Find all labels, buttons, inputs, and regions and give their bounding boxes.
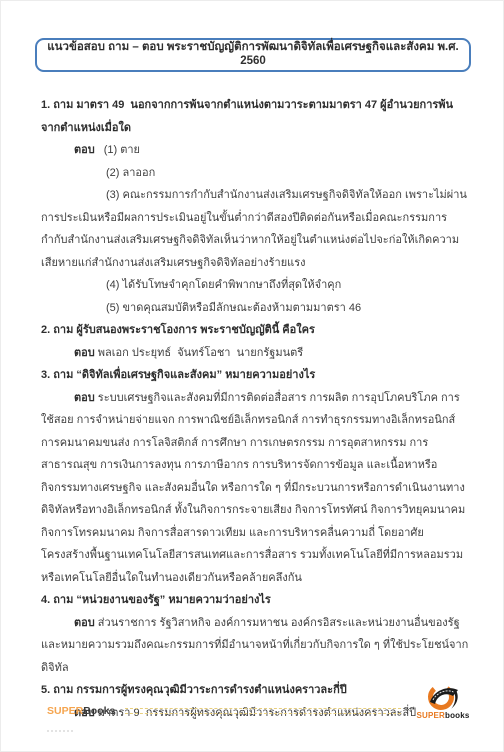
question-text: 4. ถาม “หน่วยงานของรัฐ” หมายความว่าอย่าง…: [41, 589, 469, 612]
answer-item: (2) ลาออก: [41, 162, 469, 185]
footer-brand-books: Books: [83, 705, 115, 717]
answer-item: ตอบ(1) ตาย: [41, 139, 469, 162]
document-title: แนวข้อสอบ ถาม – ตอบ พระราชบัญญัติการพัฒน…: [37, 41, 469, 69]
qa-content: 1. ถาม มาตรา 49 นอกจากการพ้นจากตำแหน่งตา…: [41, 94, 469, 724]
title-box: แนวข้อสอบ ถาม – ตอบ พระราชบัญญัติการพัฒน…: [35, 38, 471, 72]
answer-item: (3) คณะกรรมการกำกับสำนักงานส่งเสริมเศรษฐ…: [41, 184, 469, 274]
answer-item-text: (5) ขาดคุณสมบัติหรือมีลักษณะต้องห้ามตามม…: [106, 302, 361, 314]
answer-body: ระบบเศรษฐกิจและสังคมที่มีการติดต่อสื่อสา…: [41, 392, 468, 584]
publisher-logo-icon: [426, 681, 460, 711]
answer-item-text: (1) ตาย: [104, 144, 140, 156]
page-footer: SUPERBooks SUPERbooks: [47, 703, 467, 719]
answer-label: ตอบ: [74, 392, 95, 404]
answer-item: (4) ได้รับโทษจำคุกโดยคำพิพากษาถึงที่สุดใ…: [41, 274, 469, 297]
answer-text: ตอบ ส่วนราชการ รัฐวิสาหกิจ องค์การมหาชน …: [41, 612, 469, 680]
publisher-logo-books: books: [445, 711, 470, 720]
answer-text: ตอบ พลเอก ประยุทธ์ จันทร์โอชา นายกรัฐมนต…: [41, 342, 469, 365]
question-text: 2. ถาม ผู้รับสนองพระราชโองการ พระราชบัญญ…: [41, 319, 469, 342]
answer-label: ตอบ: [74, 347, 95, 359]
answer-item-text: (2) ลาออก: [106, 167, 155, 179]
publisher-logo-text: SUPERbooks: [416, 711, 469, 720]
question-text: 1. ถาม มาตรา 49 นอกจากการพ้นจากตำแหน่งตา…: [41, 94, 469, 139]
question-text: 3. ถาม “ดิจิทัลเพื่อเศรษฐกิจและสังคม” หม…: [41, 364, 469, 387]
answer-label: ตอบ: [74, 144, 95, 156]
publisher-logo: SUPERbooks: [415, 681, 471, 720]
answer-body: พลเอก ประยุทธ์ จันทร์โอชา นายกรัฐมนตรี: [98, 347, 303, 359]
answer-item: (5) ขาดคุณสมบัติหรือมีลักษณะต้องห้ามตามม…: [41, 297, 469, 320]
answer-item-text: (4) ได้รับโทษจำคุกโดยคำพิพากษาถึงที่สุดใ…: [106, 279, 341, 291]
answer-label: ตอบ: [74, 617, 95, 629]
footer-brand: SUPERBooks: [47, 705, 115, 717]
answer-item-text: (3) คณะกรรมการกำกับสำนักงานส่งเสริมเศรษฐ…: [41, 189, 467, 269]
footer-brand-super: SUPER: [47, 705, 83, 717]
document-page: แนวข้อสอบ ถาม – ตอบ พระราชบัญญัติการพัฒน…: [0, 0, 504, 752]
question-text: 5. ถาม กรรมการผู้ทรงคุณวุฒิมีวาระการดำรง…: [41, 679, 469, 702]
publisher-logo-super: SUPER: [416, 711, 445, 720]
page-artifact: [47, 730, 73, 732]
answer-body: ส่วนราชการ รัฐวิสาหกิจ องค์การมหาชน องค์…: [41, 617, 468, 674]
answer-text: ตอบ ระบบเศรษฐกิจและสังคมที่มีการติดต่อสื…: [41, 387, 469, 590]
footer-divider: [125, 708, 401, 714]
